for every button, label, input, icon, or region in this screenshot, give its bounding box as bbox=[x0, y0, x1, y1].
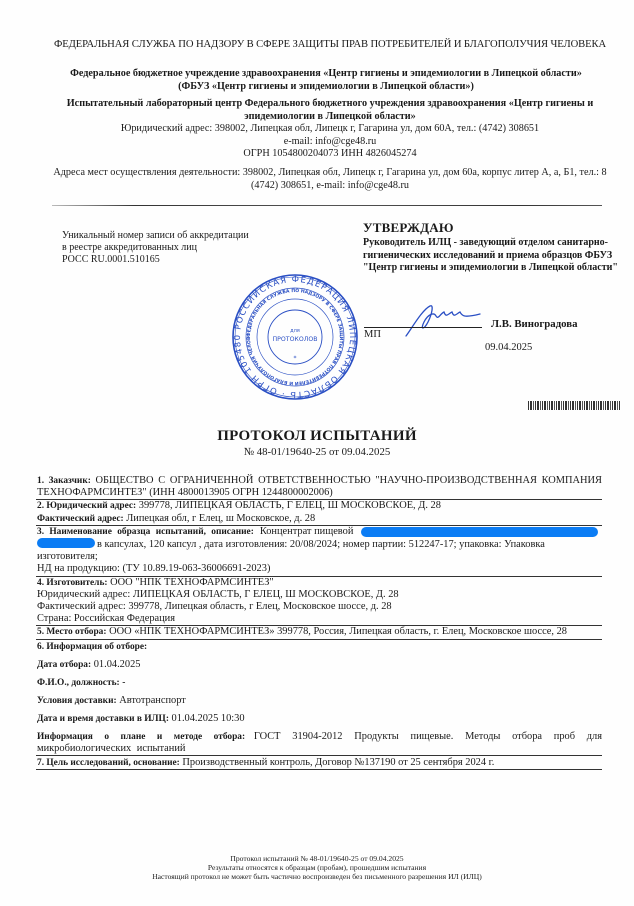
sample-label: 3. Наименование образца испытаний, описа… bbox=[37, 526, 254, 538]
barcode-icon bbox=[528, 401, 621, 410]
sample-nd: НД на продукцию: (ТУ 10.89.19-063-360066… bbox=[37, 563, 602, 575]
agency-name: ФЕДЕРАЛЬНАЯ СЛУЖБА ПО НАДЗОРУ В СФЕРЕ ЗА… bbox=[40, 38, 620, 51]
lab-email: e-mail: info@cge48.ru bbox=[40, 136, 620, 149]
accreditation-number: РОСС RU.0001.510165 bbox=[62, 254, 292, 266]
approval-title: УТВЕРЖДАЮ bbox=[363, 220, 623, 236]
approval-block: УТВЕРЖДАЮ Руководитель ИЛЦ - заведующий … bbox=[363, 220, 623, 275]
institution-line2: (ФБУЗ «Центр гигиены и эпидемиологии в Л… bbox=[28, 81, 624, 94]
footer-line2: Результаты относятся к образцам (пробам)… bbox=[0, 863, 634, 872]
lab-info: Испытательный лабораторный центр Федерал… bbox=[40, 98, 620, 161]
manufacturer-value: ООО "НПК ТЕХНОФАРМСИНТЕЗ" bbox=[110, 577, 274, 588]
method-label: Информация о плане и методе отбора: bbox=[37, 732, 245, 742]
accreditation-line1: Уникальный номер записи об аккредитации bbox=[62, 230, 292, 242]
customer-value: ОБЩЕСТВО С ОГРАНИЧЕННОЙ ОТВЕТСТВЕННОСТЬЮ… bbox=[37, 475, 602, 498]
signature-line bbox=[364, 327, 482, 328]
section-purpose: 7. Цель исследований, основание: Произво… bbox=[36, 756, 602, 770]
section-customer: 1. Заказчик: ОБЩЕСТВО С ОГРАНИЧЕННОЙ ОТВ… bbox=[36, 475, 602, 500]
institution-name: Федеральное бюджетное учреждение здравоо… bbox=[28, 68, 624, 93]
fact-address-value: Липецкая обл, г Елец, ш Московское, д. 2… bbox=[126, 513, 315, 524]
section-manufacturer: 4. Изготовитель: ООО "НПК ТЕХНОФАРМСИНТЕ… bbox=[36, 577, 602, 627]
sampling-info-label: 6. Информация об отборе: bbox=[37, 641, 602, 653]
delivery-label: Условия доставки: bbox=[37, 696, 117, 706]
legal-address-label: 2. Юридический адрес: bbox=[37, 501, 136, 511]
manufacturer-legal: Юридический адрес: ЛИПЕЦКАЯ ОБЛАСТЬ, Г Е… bbox=[37, 589, 602, 601]
institution-line1: Федеральное бюджетное учреждение здравоо… bbox=[28, 68, 624, 81]
signer-name: Л.В. Виноградова bbox=[491, 318, 578, 330]
delivery-datetime-value: 01.04.2025 10:30 bbox=[172, 713, 245, 724]
section-sample: 3. Наименование образца испытаний, описа… bbox=[36, 526, 602, 577]
sample-value-cont: в капсулах, 120 капсул , дата изготовлен… bbox=[37, 539, 545, 562]
protocol-page: ФЕДЕРАЛЬНАЯ СЛУЖБА ПО НАДЗОРУ В СФЕРЕ ЗА… bbox=[0, 0, 634, 906]
footer-line1: Протокол испытаний № 48-01/19640-25 от 0… bbox=[0, 854, 634, 863]
sampling-date-value: 01.04.2025 bbox=[94, 659, 141, 670]
delivery-datetime-label: Дата и время доставки в ИЛЦ: bbox=[37, 714, 169, 724]
sampling-place-value: ООО «НПК ТЕХНОФАРМСИНТЕЗ» 399778, Россия… bbox=[109, 626, 567, 637]
approval-date: 09.04.2025 bbox=[485, 342, 532, 353]
header-divider bbox=[52, 205, 602, 206]
footer-line3: Настоящий протокол не может быть частичн… bbox=[0, 872, 634, 881]
sampling-date-label: Дата отбора: bbox=[37, 660, 91, 670]
svg-text:*: * bbox=[294, 355, 297, 362]
redaction-mark bbox=[37, 538, 95, 548]
purpose-value: Производственный контроль, Договор №1371… bbox=[182, 757, 494, 768]
fio-label: Ф.И.О., должность: bbox=[37, 678, 120, 688]
accreditation-block: Уникальный номер записи об аккредитации … bbox=[62, 230, 292, 266]
accreditation-line2: в реестре аккредитованных лиц bbox=[62, 242, 292, 254]
manufacturer-country: Страна: Российская Федерация bbox=[37, 613, 602, 625]
customer-label: 1. Заказчик: bbox=[37, 476, 91, 486]
mp-label: МП bbox=[364, 329, 381, 340]
fact-address-label: Фактический адрес: bbox=[37, 514, 124, 524]
approver-position: Руководитель ИЛЦ - заведующий отделом са… bbox=[363, 237, 623, 275]
redaction-mark bbox=[361, 527, 598, 537]
legal-address: Юридический адрес: 398002, Липецкая обл,… bbox=[40, 123, 620, 136]
sample-value-start: Концентрат пищевой bbox=[260, 526, 354, 538]
section-legal-address: 2. Юридический адрес: 399778, ЛИПЕЦКАЯ О… bbox=[36, 500, 602, 525]
lab-name: Испытательный лабораторный центр Федерал… bbox=[40, 98, 620, 123]
section-sampling-info: 6. Информация об отборе: Дата отбора: 01… bbox=[36, 641, 602, 756]
svg-text:для: для bbox=[290, 328, 300, 334]
official-stamp-icon: РОССИЙСКАЯ ФЕДЕРАЦИЯ ЛИПЕЦКАЯ ОБЛАСТЬ · … bbox=[230, 272, 360, 402]
section-sampling-place: 5. Место отбора: ООО «НПК ТЕХНОФАРМСИНТЕ… bbox=[36, 626, 602, 639]
protocol-sections: 1. Заказчик: ОБЩЕСТВО С ОГРАНИЧЕННОЙ ОТВ… bbox=[36, 475, 602, 770]
purpose-label: 7. Цель исследований, основание: bbox=[37, 758, 180, 768]
manufacturer-fact: Фактический адрес: 399778, Липецкая обла… bbox=[37, 601, 602, 613]
legal-address-value: 399778, ЛИПЕЦКАЯ ОБЛАСТЬ, Г ЕЛЕЦ, Ш МОСК… bbox=[139, 500, 441, 511]
fio-value: - bbox=[122, 678, 125, 688]
protocol-number: № 48-01/19640-25 от 09.04.2025 bbox=[0, 446, 634, 458]
page-footer: Протокол испытаний № 48-01/19640-25 от 0… bbox=[0, 854, 634, 881]
signature-icon bbox=[400, 300, 500, 340]
ogrn-inn: ОГРН 1054800204073 ИНН 4826045274 bbox=[40, 148, 620, 161]
delivery-value: Автотранспорт bbox=[119, 695, 186, 706]
manufacturer-label: 4. Изготовитель: bbox=[37, 578, 108, 588]
activity-addresses: Адреса мест осуществления деятельности: … bbox=[40, 167, 620, 192]
sampling-place-label: 5. Место отбора: bbox=[37, 627, 107, 637]
svg-text:ПРОТОКОЛОВ: ПРОТОКОЛОВ bbox=[273, 336, 318, 343]
page-title: ПРОТОКОЛ ИСПЫТАНИЙ bbox=[0, 428, 634, 445]
